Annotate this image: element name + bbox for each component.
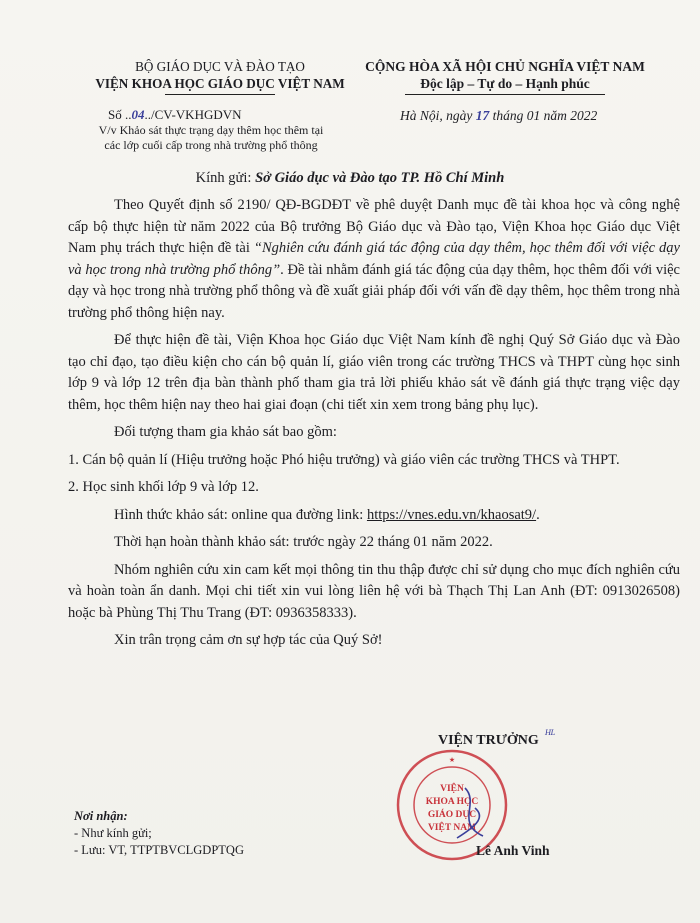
issue-date: Hà Nội, ngày 17 tháng 01 năm 2022 bbox=[400, 108, 597, 124]
header-rule bbox=[165, 94, 275, 95]
recipients-block: Nơi nhận: - Như kính gửi; - Lưu: VT, TTP… bbox=[74, 808, 244, 859]
recipients-title: Nơi nhận: bbox=[74, 808, 244, 825]
ministry-name: BỘ GIÁO DỤC VÀ ĐÀO TẠO bbox=[80, 58, 360, 75]
paragraph-commitment: Nhóm nghiên cứu xin cam kết mọi thông ti… bbox=[68, 560, 680, 625]
svg-text:VIỆN: VIỆN bbox=[440, 781, 464, 794]
handwritten-number: 04 bbox=[131, 107, 144, 122]
handwritten-day: 17 bbox=[476, 108, 490, 123]
survey-method: Hình thức khảo sát: online qua đường lin… bbox=[68, 505, 680, 527]
national-motto: Độc lập – Tự do – Hạnh phúc bbox=[340, 75, 670, 92]
nation-name: CỘNG HÒA XÃ HỘI CHỦ NGHĨA VIỆT NAM bbox=[340, 58, 670, 75]
paragraph-2: Để thực hiện đề tài, Viện Khoa học Giáo … bbox=[68, 330, 680, 416]
institute-name: VIỆN KHOA HỌC GIÁO DỤC VIỆT NAM bbox=[80, 75, 360, 92]
closing-thanks: Xin trân trọng cảm ơn sự hợp tác của Quý… bbox=[68, 630, 680, 652]
recipient-line-2: - Lưu: VT, TTPTBVCLGDPTQG bbox=[74, 842, 244, 859]
deadline: Thời hạn hoàn thành khảo sát: trước ngày… bbox=[68, 532, 680, 554]
issuer-header: BỘ GIÁO DỤC VÀ ĐÀO TẠO VIỆN KHOA HỌC GIÁ… bbox=[80, 58, 360, 95]
recipient-name: Sở Giáo dục và Đào tạo TP. Hồ Chí Minh bbox=[255, 170, 504, 186]
recipient-line-1: - Như kính gửi; bbox=[74, 825, 244, 842]
motto-rule bbox=[405, 94, 605, 95]
initial-mark: ᴴᴸ bbox=[545, 728, 556, 744]
paragraph-1: Theo Quyết định số 2190/ QĐ-BGDĐT về phê… bbox=[68, 195, 680, 324]
paragraph-3: Đối tượng tham gia khảo sát bao gồm: bbox=[68, 422, 680, 444]
letter-body: Theo Quyết định số 2190/ QĐ-BGDĐT về phê… bbox=[68, 195, 680, 658]
national-header: CỘNG HÒA XÃ HỘI CHỦ NGHĨA VIỆT NAM Độc l… bbox=[340, 58, 670, 95]
subject-line: V/v Khảo sát thực trạng dạy thêm học thê… bbox=[96, 123, 326, 153]
survey-link[interactable]: https://vnes.edu.vn/khaosat9/ bbox=[367, 507, 536, 523]
svg-text:★: ★ bbox=[449, 756, 455, 764]
document-page: BỘ GIÁO DỤC VÀ ĐÀO TẠO VIỆN KHOA HỌC GIÁ… bbox=[0, 0, 700, 923]
signer-title: VIỆN TRƯỞNG bbox=[438, 733, 539, 749]
signer-name: Lê Anh Vinh bbox=[476, 843, 550, 859]
list-item-2: 2. Học sinh khối lớp 9 và lớp 12. bbox=[68, 477, 680, 499]
recipient-line: Kính gửi: Sở Giáo dục và Đào tạo TP. Hồ … bbox=[0, 170, 700, 187]
list-item-1: 1. Cán bộ quản lí (Hiệu trưởng hoặc Phó … bbox=[68, 450, 680, 472]
document-number: Số ..04../CV-VKHGDVN bbox=[108, 107, 242, 123]
